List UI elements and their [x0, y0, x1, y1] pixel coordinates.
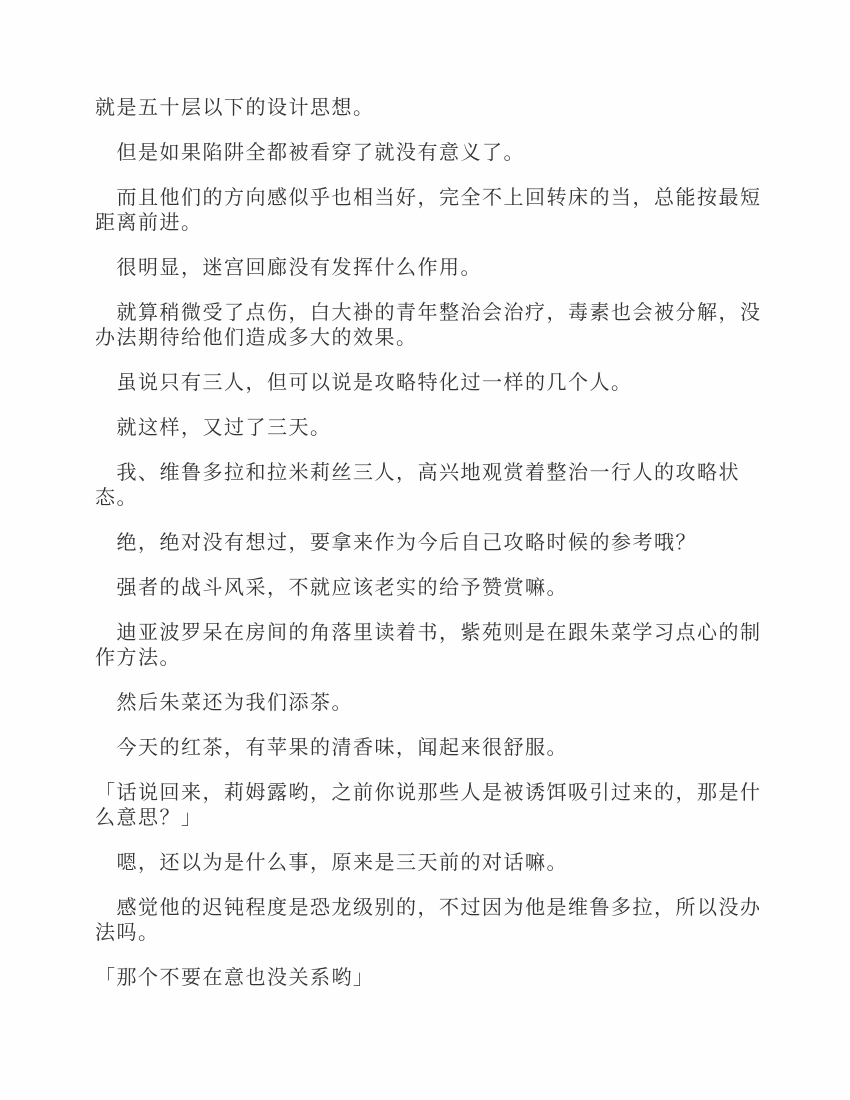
paragraph: 而且他们的方向感似乎也相当好，完全不上回转床的当，总能按最短距离前进。	[95, 186, 763, 236]
paragraph: 然后朱菜还为我们添茶。	[95, 691, 763, 716]
paragraph: 就这样，又过了三天。	[95, 416, 763, 441]
paragraph: 绝，绝对没有想过，要拿来作为今后自己攻略时候的参考哦？	[95, 531, 763, 556]
paragraph: 强者的战斗风采，不就应该老实的给予赞赏嘛。	[95, 576, 763, 601]
paragraph: 但是如果陷阱全都被看穿了就没有意义了。	[95, 141, 763, 166]
paragraph: 感觉他的迟钝程度是恐龙级别的，不过因为他是维鲁多拉，所以没办法吗。	[95, 896, 763, 946]
paragraph: 就算稍微受了点伤，白大褂的青年整治会治疗，毒素也会被分解，没办法期待给他们造成多…	[95, 301, 763, 351]
paragraph: 今天的红茶，有苹果的清香味，闻起来很舒服。	[95, 736, 763, 761]
dialogue-paragraph: 「话说回来，莉姆露哟，之前你说那些人是被诱饵吸引过来的，那是什么意思？」	[95, 781, 763, 831]
paragraph: 很明显，迷宫回廊没有发挥什么作用。	[95, 256, 763, 281]
ebook-page: 就是五十层以下的设计思想。 但是如果陷阱全都被看穿了就没有意义了。 而且他们的方…	[0, 0, 850, 1100]
paragraph: 虽说只有三人，但可以说是攻略特化过一样的几个人。	[95, 371, 763, 396]
paragraph: 嗯，还以为是什么事，原来是三天前的对话嘛。	[95, 851, 763, 876]
paragraph: 迪亚波罗呆在房间的角落里读着书，紫苑则是在跟朱菜学习点心的制作方法。	[95, 621, 763, 671]
paragraph: 就是五十层以下的设计思想。	[95, 96, 763, 121]
dialogue-paragraph: 「那个不要在意也没关系哟」	[95, 966, 763, 991]
text-content: 就是五十层以下的设计思想。 但是如果陷阱全都被看穿了就没有意义了。 而且他们的方…	[95, 96, 763, 1011]
paragraph: 我、维鲁多拉和拉米莉丝三人，高兴地观赏着整治一行人的攻略状态。	[95, 461, 763, 511]
